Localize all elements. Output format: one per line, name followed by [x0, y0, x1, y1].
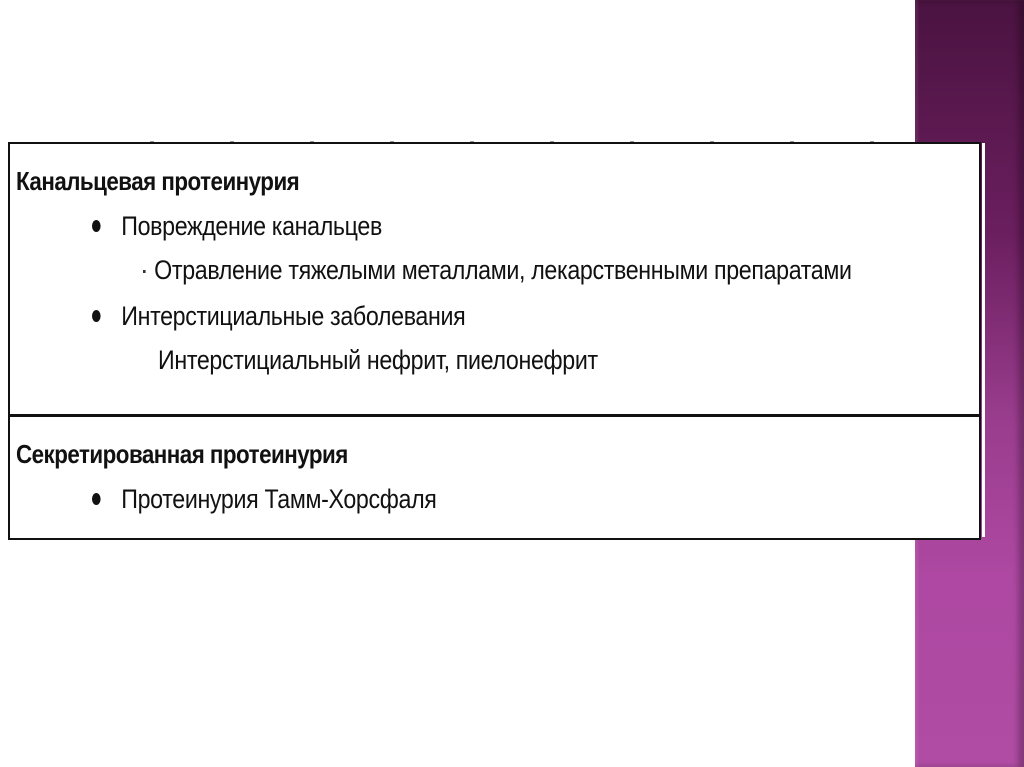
list-item: Повреждение канальцев — [92, 208, 855, 244]
bullet-icon — [92, 493, 101, 505]
proteinuria-table: Канальцевая протеинурия Повреждение кана… — [8, 142, 981, 540]
list-item: Интерстициальные заболевания — [92, 298, 855, 334]
list-item-label: Интерстициальные заболевания — [121, 301, 465, 331]
list-item-label: Повреждение канальцев — [121, 211, 382, 241]
sub-list-item-label: Интерстициальный нефрит, пиелонефрит — [158, 345, 598, 375]
bullet-icon — [92, 220, 101, 232]
sub-list-item: Интерстициальный нефрит, пиелонефрит — [158, 342, 864, 378]
section-secreted-proteinuria: Секретированная протеинурия Протеинурия … — [10, 417, 979, 537]
section-heading: Канальцевая протеинурия — [16, 164, 844, 198]
dot-icon — [143, 270, 146, 273]
slide: Канальцевая протеинурия Повреждение кана… — [0, 0, 1024, 767]
section-tubular-proteinuria: Канальцевая протеинурия Повреждение кана… — [10, 144, 979, 417]
bullet-icon — [92, 310, 101, 322]
list-item: Протеинурия Тамм-Хорсфаля — [92, 481, 855, 517]
list-item-label: Протеинурия Тамм-Хорсфаля — [121, 484, 436, 514]
sub-list-item-label: Отравление тяжелыми металлами, лекарстве… — [154, 255, 851, 285]
section-heading: Секретированная протеинурия — [16, 437, 844, 471]
sub-list-item: Отравление тяжелыми металлами, лекарстве… — [143, 252, 862, 288]
